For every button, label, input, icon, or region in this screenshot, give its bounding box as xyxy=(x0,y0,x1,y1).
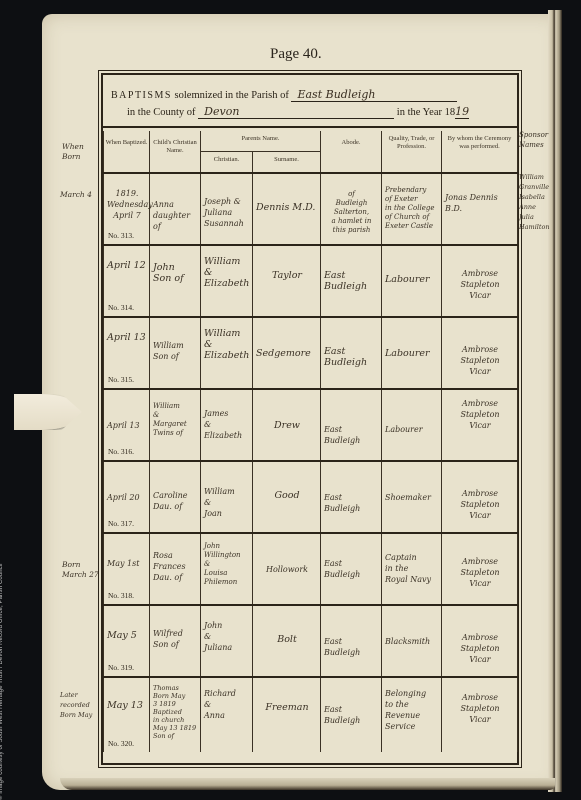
entry-child: John Son of xyxy=(150,246,200,284)
entry-when: April 13 xyxy=(104,390,149,431)
entry-surname: Taylor xyxy=(253,246,320,281)
entry-quality: Shoemaker xyxy=(382,462,441,503)
entry-quality: Labourer xyxy=(382,318,441,359)
year-field: 19 xyxy=(455,106,469,119)
entry-abode: East Budleigh xyxy=(321,534,381,580)
entry-abode: East Budleigh xyxy=(321,246,381,292)
entry-parent-christian: Richard & Anna xyxy=(201,678,252,721)
margin-note-entry-318: Born March 27 xyxy=(62,560,100,580)
entry-when: 1819. Wednesday April 7 xyxy=(104,174,149,221)
register-heading: BAPTISMS solemnized in the Parish of Eas… xyxy=(111,89,457,102)
entry-child: William Son of xyxy=(150,318,200,362)
entry-child: Anna daughter of xyxy=(150,174,200,232)
entry-by-whom: Ambrose Stapleton Vicar xyxy=(442,390,517,431)
entry-parent-christian: John Willington & Louisa Philemon xyxy=(201,534,252,587)
entry-by-whom: Ambrose Stapleton Vicar xyxy=(442,462,517,521)
entry-surname: Bolt xyxy=(253,606,320,645)
baptism-register-table: BAPTISMS solemnized in the Parish of Eas… xyxy=(101,73,519,765)
entry-quality: Belonging to the Revenue Service xyxy=(382,678,441,732)
entry-when: May 1st xyxy=(104,534,149,569)
register-entry: 1819. Wednesday April 7No. 313. Anna dau… xyxy=(104,173,518,245)
entry-surname: Dennis M.D. xyxy=(253,174,320,213)
page-bottom-edge xyxy=(60,778,555,790)
entry-surname: Hollowork xyxy=(253,534,320,575)
entry-abode: East Budleigh xyxy=(321,390,381,446)
county-label: in the County of xyxy=(127,107,196,118)
margin-sponsor-names: William Granville Isabella Anne Julia Ha… xyxy=(519,172,549,232)
entry-quality: Prebendary of Exeter in the College of C… xyxy=(382,174,441,231)
col-abode: Abode. xyxy=(321,131,382,173)
register-entry: April 13No. 315. William Son of William … xyxy=(104,317,518,389)
page-number: Page 40. xyxy=(270,46,322,63)
entry-surname: Good xyxy=(253,462,320,501)
register-entry: May 5No. 319. Wilfred Son of John & Juli… xyxy=(104,605,518,677)
register-subheading: in the County of Devon in the Year 1819 xyxy=(127,106,469,119)
entry-by-whom: Ambrose Stapleton Vicar xyxy=(442,678,517,725)
entry-number: No. 315. xyxy=(108,375,134,384)
entry-when: April 13 xyxy=(104,318,149,343)
entry-when: May 5 xyxy=(104,606,149,641)
entry-child: Rosa Frances Dau. of xyxy=(150,534,200,583)
entry-surname: Drew xyxy=(253,390,320,431)
margin-note-entry-320: Later recorded Born May xyxy=(60,690,100,720)
entry-by-whom: Ambrose Stapleton Vicar xyxy=(442,534,517,589)
entry-parent-christian: William & Elizabeth xyxy=(201,318,252,361)
col-parents-name: Parents Name. xyxy=(201,131,321,152)
entry-by-whom: Ambrose Stapleton Vicar xyxy=(442,318,517,377)
entry-abode: East Budleigh xyxy=(321,318,381,368)
margin-note-entry-313: March 4 xyxy=(60,190,100,200)
entries-grid: When Baptized. Child's Christian Name. P… xyxy=(103,131,518,752)
col-when-baptized: When Baptized. xyxy=(104,131,150,173)
entry-by-whom: Ambrose Stapleton Vicar xyxy=(442,606,517,665)
entry-child: William & Margaret Twins of xyxy=(150,390,200,438)
parish-field: East Budleigh xyxy=(291,89,457,102)
register-entry: April 20No. 317. Caroline Dau. of Willia… xyxy=(104,461,518,533)
heading-baptisms: BAPTISMS xyxy=(111,90,172,101)
entry-child: Wilfred Son of xyxy=(150,606,200,650)
book-spine-edge xyxy=(548,10,562,792)
register-entry: April 12No. 314. John Son of William & E… xyxy=(104,245,518,317)
col-quality: Quality, Trade, or Profession. xyxy=(382,131,442,173)
entry-number: No. 314. xyxy=(108,303,134,312)
entry-quality: Labourer xyxy=(382,246,441,285)
register-entry: April 13No. 316. William & Margaret Twin… xyxy=(104,389,518,461)
heading-divider xyxy=(103,126,517,128)
entry-abode: East Budleigh xyxy=(321,606,381,658)
entry-parent-christian: John & Juliana xyxy=(201,606,252,653)
entry-by-whom: Ambrose Stapleton Vicar xyxy=(442,246,517,301)
entry-parent-christian: James & Elizabeth xyxy=(201,390,252,441)
entry-number: No. 319. xyxy=(108,663,134,672)
col-parent-christian: Christian. xyxy=(201,152,253,174)
entry-quality: Blacksmith xyxy=(382,606,441,647)
entry-abode: East Budleigh xyxy=(321,678,381,726)
entry-number: No. 320. xyxy=(108,739,134,748)
entry-abode: East Budleigh xyxy=(321,462,381,514)
entry-when: April 12 xyxy=(104,246,149,271)
margin-when-born-header: When Born xyxy=(62,142,100,162)
entry-by-whom: Jonas Dennis B.D. xyxy=(442,174,517,214)
entry-child: Thomas Born May 3 1819 Baptized in churc… xyxy=(150,678,200,740)
entry-surname: Sedgemore xyxy=(253,318,320,359)
entry-quality: Labourer xyxy=(382,390,441,435)
col-child-name: Child's Christian Name. xyxy=(150,131,201,173)
entry-parent-christian: William & Joan xyxy=(201,462,252,519)
entry-child: Caroline Dau. of xyxy=(150,462,200,512)
image-credit: © Image courtesy of South West Heritage … xyxy=(0,600,8,800)
margin-sponsor-header: Sponsor Names xyxy=(519,130,549,150)
heading-solemnized: solemnized in the Parish of xyxy=(172,90,289,101)
year-label: in the Year 18 xyxy=(397,107,455,118)
register-entry: May 1stNo. 318. Rosa Frances Dau. of Joh… xyxy=(104,533,518,605)
entry-number: No. 318. xyxy=(108,591,134,600)
col-parent-surname: Surname. xyxy=(253,152,321,174)
entry-abode: of Budleigh Salterton, a hamlet in this … xyxy=(321,174,381,235)
entry-number: No. 313. xyxy=(108,231,134,240)
entry-when: May 13 xyxy=(104,678,149,711)
county-field: Devon xyxy=(198,106,394,119)
entry-when: April 20 xyxy=(104,462,149,503)
entry-parent-christian: Joseph & Juliana Susannah xyxy=(201,174,252,229)
entry-quality: Captain in the Royal Navy xyxy=(382,534,441,585)
col-by-whom: By whom the Ceremony was performed. xyxy=(442,131,518,173)
entry-surname: Freeman xyxy=(253,678,320,713)
register-entry: May 13No. 320. Thomas Born May 3 1819 Ba… xyxy=(104,677,518,752)
entry-number: No. 316. xyxy=(108,447,134,456)
entry-parent-christian: William & Elizabeth xyxy=(201,246,252,289)
entry-number: No. 317. xyxy=(108,519,134,528)
